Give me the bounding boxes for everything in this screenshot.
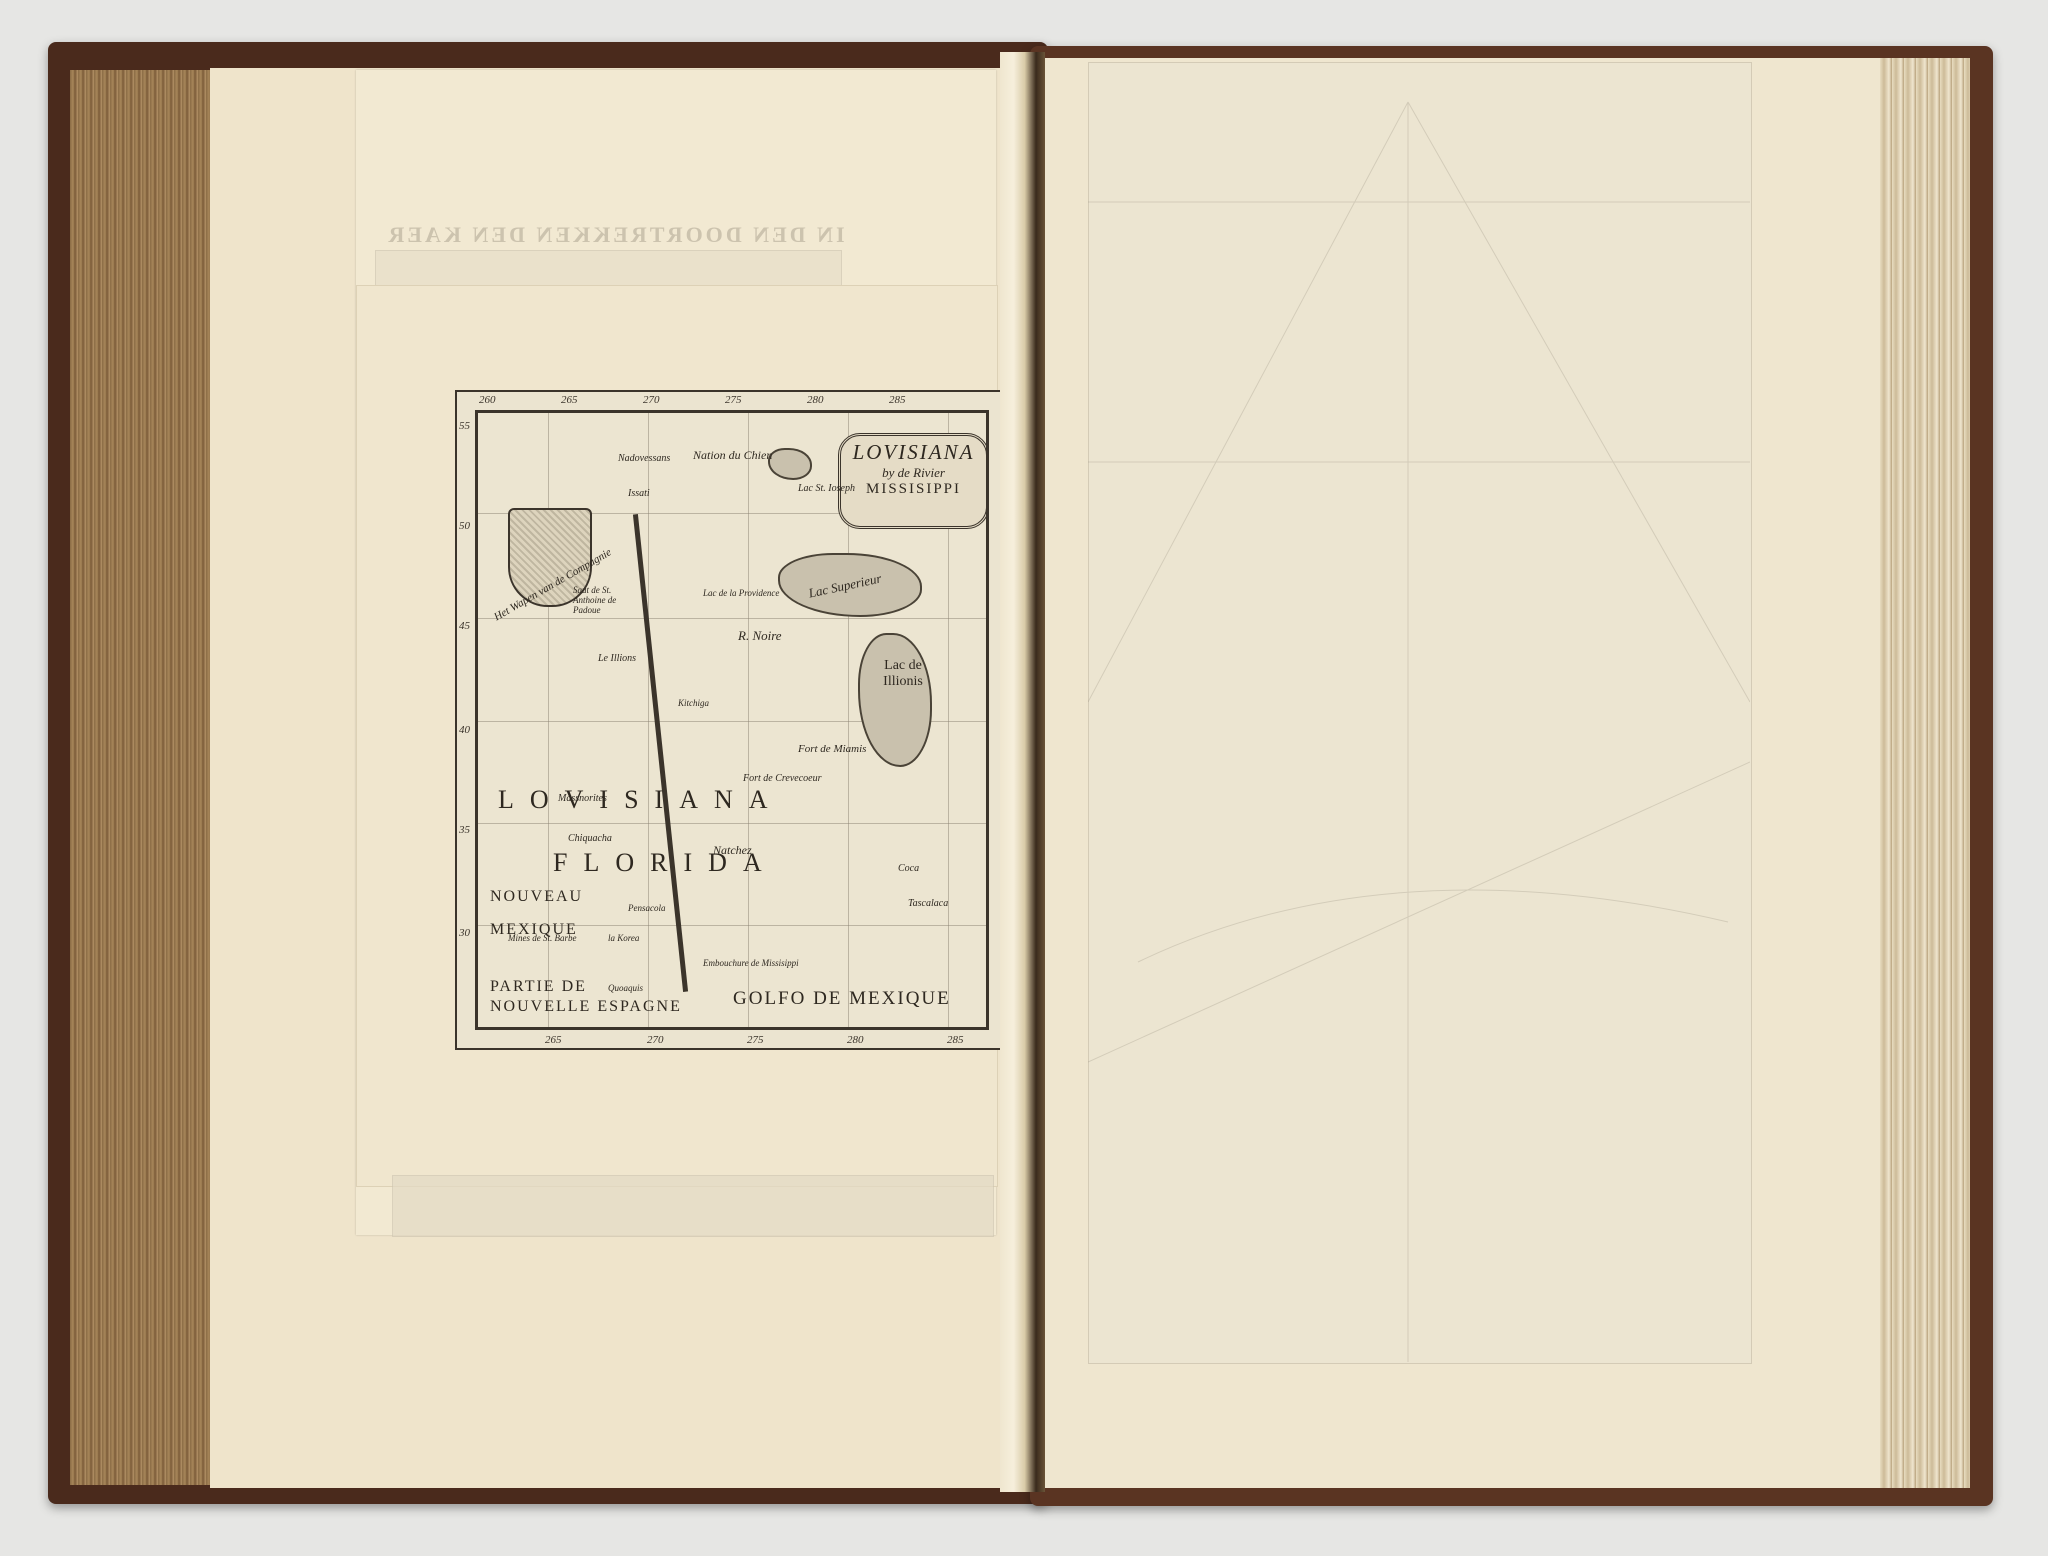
place-label: Coca (898, 863, 919, 874)
place-label: Chiquacha (568, 833, 612, 844)
lat-tick: 35 (459, 824, 470, 836)
place-label: R. Noire (738, 628, 782, 644)
region-label-mexique: MEXIQUE (490, 921, 578, 939)
lon-tick: 270 (647, 1034, 664, 1046)
place-label: Quoaquis (608, 983, 643, 993)
lon-tick: 285 (889, 394, 906, 406)
place-label: Lac de la Providence (703, 588, 779, 598)
lon-tick: 270 (643, 394, 660, 406)
map-engraving: 260 265 270 275 280 285 265 270 275 280 … (455, 390, 1009, 1050)
place-label: Nadovessans (618, 453, 670, 464)
book-gutter (1000, 52, 1045, 1492)
lon-tick: 285 (947, 1034, 964, 1046)
region-label-louisiana: LOVISIANA (498, 785, 784, 815)
place-label: Pensacola (628, 903, 666, 913)
show-through-lines (1088, 62, 1750, 1362)
lat-tick: 40 (459, 724, 470, 736)
place-label: Tascalaca (908, 898, 948, 909)
ghost-header-text: IN DEN DOORTREKKEN DEN KAER (380, 222, 850, 248)
place-label: Nation du Chien (693, 448, 772, 463)
region-label-nouvelle-espagne: NOUVELLE ESPAGNE (490, 998, 682, 1016)
region-label-golfo: GOLFO DE MEXIQUE (733, 988, 951, 1010)
lon-tick: 265 (561, 394, 578, 406)
place-label: la Korea (608, 933, 639, 943)
lat-tick: 50 (459, 520, 470, 532)
lat-tick: 30 (459, 927, 470, 939)
map-subtitle: by de Rivier (841, 465, 986, 481)
region-label-nouveau: NOUVEAU (490, 888, 583, 906)
place-label: Saut de St. Anthoine de Padoue (573, 585, 633, 615)
map-title: LOVISIANA (841, 440, 986, 465)
page-block-edge-left (70, 70, 220, 1485)
lat-tick: 55 (459, 420, 470, 432)
place-label: Fort de Crevecoeur (743, 773, 822, 784)
ghost-band-top (375, 250, 842, 288)
map-subtitle-river: MISSISIPPI (841, 481, 986, 498)
lon-tick: 275 (725, 394, 742, 406)
lon-tick: 265 (545, 1034, 562, 1046)
place-label: Kitchiga (678, 698, 709, 708)
page-block-edge-right (1880, 58, 1970, 1488)
map-frame: LOVISIANA by de Rivier MISSISIPPI Het Wa… (475, 410, 989, 1030)
lon-tick: 280 (807, 394, 824, 406)
title-cartouche: LOVISIANA by de Rivier MISSISIPPI (838, 433, 989, 529)
region-label-florida: FLORIDA (553, 848, 778, 878)
place-label: Issati (628, 488, 650, 499)
place-label: Embouchure de Missisippi (703, 958, 799, 968)
lon-tick: 260 (479, 394, 496, 406)
place-label: Lac St. Ioseph (798, 483, 855, 494)
lake-st-joseph-shape (768, 448, 812, 480)
lake-illinois-label: Lac de Illionis (868, 658, 938, 690)
mississippi-river (633, 514, 688, 992)
region-label-partie-de: PARTIE DE (490, 978, 587, 996)
lon-tick: 280 (847, 1034, 864, 1046)
lake-illinois-shape (858, 633, 932, 767)
ghost-band-bottom (392, 1175, 994, 1237)
lat-tick: 45 (459, 620, 470, 632)
lon-tick: 275 (747, 1034, 764, 1046)
place-label: Le Illions (598, 653, 638, 664)
place-label: Fort de Miamis (798, 743, 866, 755)
